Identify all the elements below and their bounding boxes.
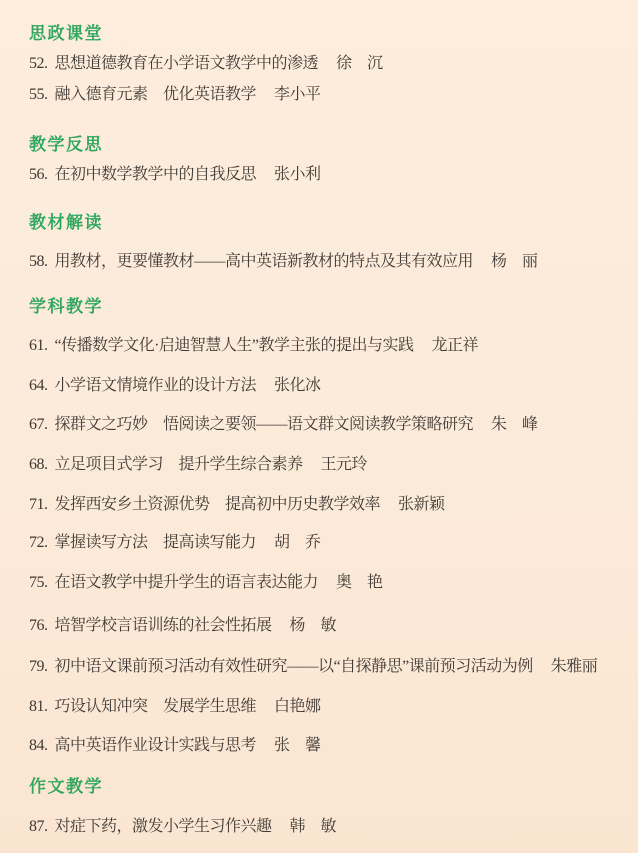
page-number: 71. — [29, 496, 48, 513]
page-number: 68. — [29, 456, 48, 473]
article-title: 思想道德教育在小学语文教学中的渗透 — [55, 55, 319, 72]
article-title: 巧设认知冲突 发展学生思维 — [55, 698, 257, 715]
article-title: 培智学校言语训练的社会性拓展 — [55, 617, 272, 634]
article-title: 发挥西安乡土资源优势 提高初中历史教学效率 — [55, 496, 381, 513]
toc-entry: 71.发挥西安乡土资源优势 提高初中历史教学效率张新颖 — [29, 496, 620, 514]
toc-entry: 76.培智学校言语训练的社会性拓展杨 敏 — [29, 617, 620, 635]
article-author: 龙正祥 — [432, 337, 479, 354]
article-author: 徐 沉 — [336, 55, 383, 72]
page-number: 58. — [29, 253, 48, 270]
page-number: 56. — [29, 166, 48, 183]
section-header: 学科教学 — [29, 298, 620, 316]
article-title: 初中语文课前预习活动有效性研究——以“自探静思”课前预习活动为例 — [55, 658, 533, 675]
toc-entry: 68.立足项目式学习 提升学生综合素养王元玲 — [29, 456, 620, 474]
article-author: 李小平 — [274, 86, 321, 103]
article-title: 用教材，更要懂教材——高中英语新教材的特点及其有效应用 — [55, 253, 474, 270]
toc-entry: 56.在初中数学教学中的自我反思张小利 — [29, 166, 620, 184]
toc-entry: 55.融入德育元素 优化英语教学李小平 — [29, 86, 620, 104]
page-number: 52. — [29, 55, 48, 72]
toc-entry: 75.在语文教学中提升学生的语言表达能力奥 艳 — [29, 574, 620, 592]
article-title: 在初中数学教学中的自我反思 — [55, 166, 257, 183]
section-header: 教材解读 — [29, 214, 620, 232]
toc-entry: 84.高中英语作业设计实践与思考张 馨 — [29, 737, 620, 755]
article-author: 张小利 — [274, 166, 321, 183]
article-author: 朱 峰 — [491, 416, 538, 433]
article-author: 王元玲 — [321, 456, 368, 473]
toc-entry: 64.小学语文情境作业的设计方法张化冰 — [29, 377, 620, 395]
page-number: 87. — [29, 818, 48, 835]
toc-entry: 81.巧设认知冲突 发展学生思维白艳娜 — [29, 698, 620, 716]
toc-entry: 72.掌握读写方法 提高读写能力胡 乔 — [29, 534, 620, 552]
page-number: 61. — [29, 337, 48, 354]
toc-entry: 79.初中语文课前预习活动有效性研究——以“自探静思”课前预习活动为例朱雅丽 — [29, 658, 620, 676]
toc-entry: 52.思想道德教育在小学语文教学中的渗透徐 沉 — [29, 55, 620, 73]
page-number: 55. — [29, 86, 48, 103]
section-header: 教学反思 — [29, 136, 620, 154]
article-author: 张化冰 — [274, 377, 321, 394]
article-author: 张 馨 — [274, 737, 321, 754]
page-number: 81. — [29, 698, 48, 715]
page-number: 75. — [29, 574, 48, 591]
article-author: 朱雅丽 — [551, 658, 598, 675]
page-number: 79. — [29, 658, 48, 675]
article-title: 高中英语作业设计实践与思考 — [55, 737, 257, 754]
section-header: 作文教学 — [29, 778, 620, 796]
article-author: 杨 敏 — [290, 617, 337, 634]
article-title: 在语文教学中提升学生的语言表达能力 — [55, 574, 319, 591]
toc-entry: 58.用教材，更要懂教材——高中英语新教材的特点及其有效应用杨 丽 — [29, 253, 620, 271]
page-number: 76. — [29, 617, 48, 634]
toc-entry: 61.“传播数学文化·启迪智慧人生”教学主张的提出与实践龙正祥 — [29, 337, 620, 355]
article-author: 奥 艳 — [336, 574, 383, 591]
article-title: “传播数学文化·启迪智慧人生”教学主张的提出与实践 — [55, 337, 414, 354]
page-number: 64. — [29, 377, 48, 394]
page-number: 72. — [29, 534, 48, 551]
article-title: 小学语文情境作业的设计方法 — [55, 377, 257, 394]
article-author: 杨 丽 — [491, 253, 538, 270]
article-title: 融入德育元素 优化英语教学 — [55, 86, 257, 103]
article-author: 韩 敏 — [290, 818, 337, 835]
page-number: 84. — [29, 737, 48, 754]
article-author: 胡 乔 — [274, 534, 321, 551]
toc-page: 思政课堂 52.思想道德教育在小学语文教学中的渗透徐 沉 55.融入德育元素 优… — [0, 0, 638, 853]
article-title: 探群文之巧妙 悟阅读之要领——语文群文阅读教学策略研究 — [55, 416, 474, 433]
section-header: 思政课堂 — [29, 25, 620, 43]
article-title: 掌握读写方法 提高读写能力 — [55, 534, 257, 551]
article-author: 白艳娜 — [274, 698, 321, 715]
toc-entry: 67.探群文之巧妙 悟阅读之要领——语文群文阅读教学策略研究朱 峰 — [29, 416, 620, 434]
toc-entry: 87.对症下药，激发小学生习作兴趣韩 敏 — [29, 818, 620, 836]
page-number: 67. — [29, 416, 48, 433]
article-author: 张新颖 — [398, 496, 445, 513]
article-title: 立足项目式学习 提升学生综合素养 — [55, 456, 303, 473]
article-title: 对症下药，激发小学生习作兴趣 — [55, 818, 272, 835]
